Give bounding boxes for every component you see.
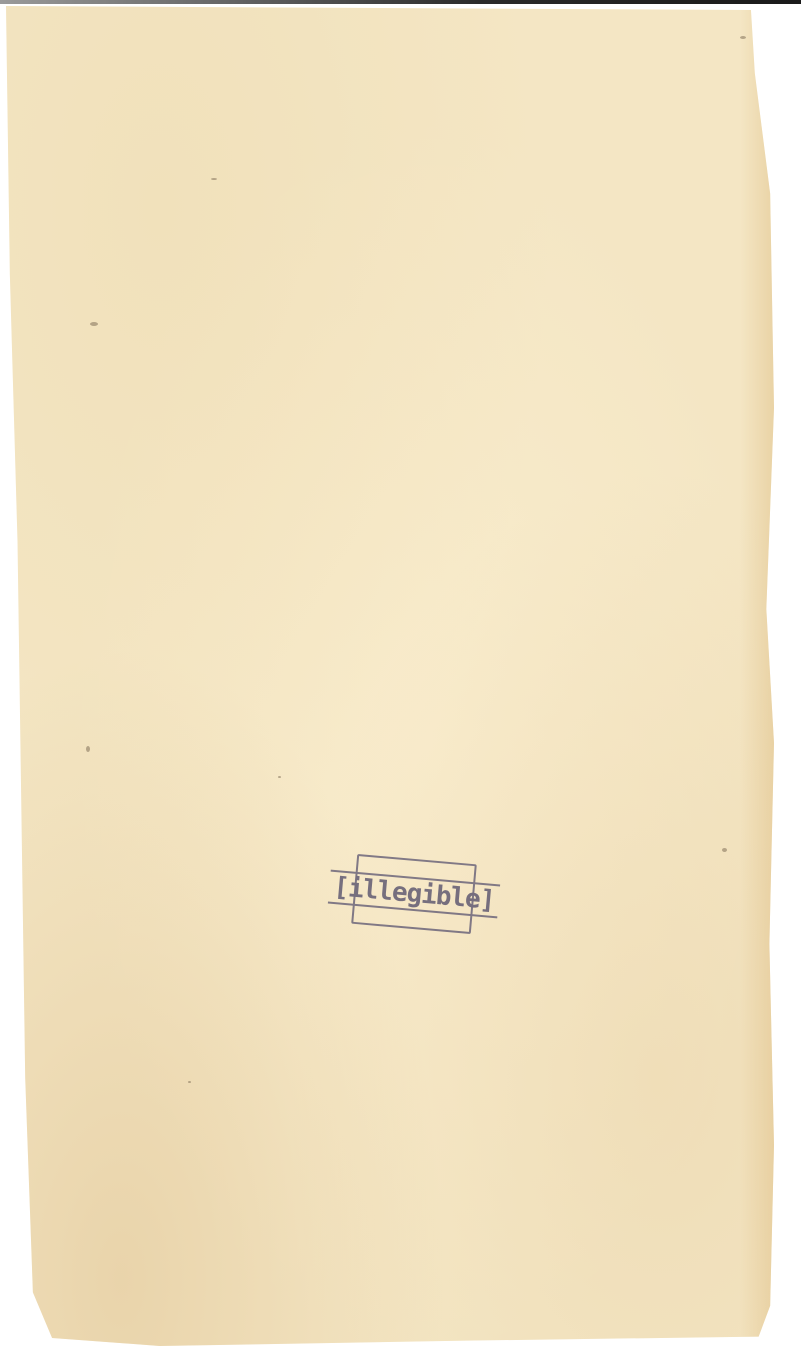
aged-paper-page: [illegible] bbox=[6, 6, 774, 1346]
library-stamp: [illegible] bbox=[351, 854, 477, 934]
page-edge-discoloration bbox=[740, 6, 774, 1346]
paper-speck bbox=[278, 776, 281, 778]
paper-speck bbox=[188, 1081, 191, 1083]
scanned-page-view: [illegible] bbox=[0, 0, 801, 1357]
paper-speck bbox=[722, 848, 727, 852]
paper-speck bbox=[740, 36, 746, 39]
paper-speck bbox=[86, 746, 90, 752]
stamp-text: [illegible] bbox=[328, 870, 500, 919]
paper-speck bbox=[211, 178, 217, 180]
paper-speck bbox=[90, 322, 98, 326]
scanner-edge bbox=[0, 0, 801, 4]
